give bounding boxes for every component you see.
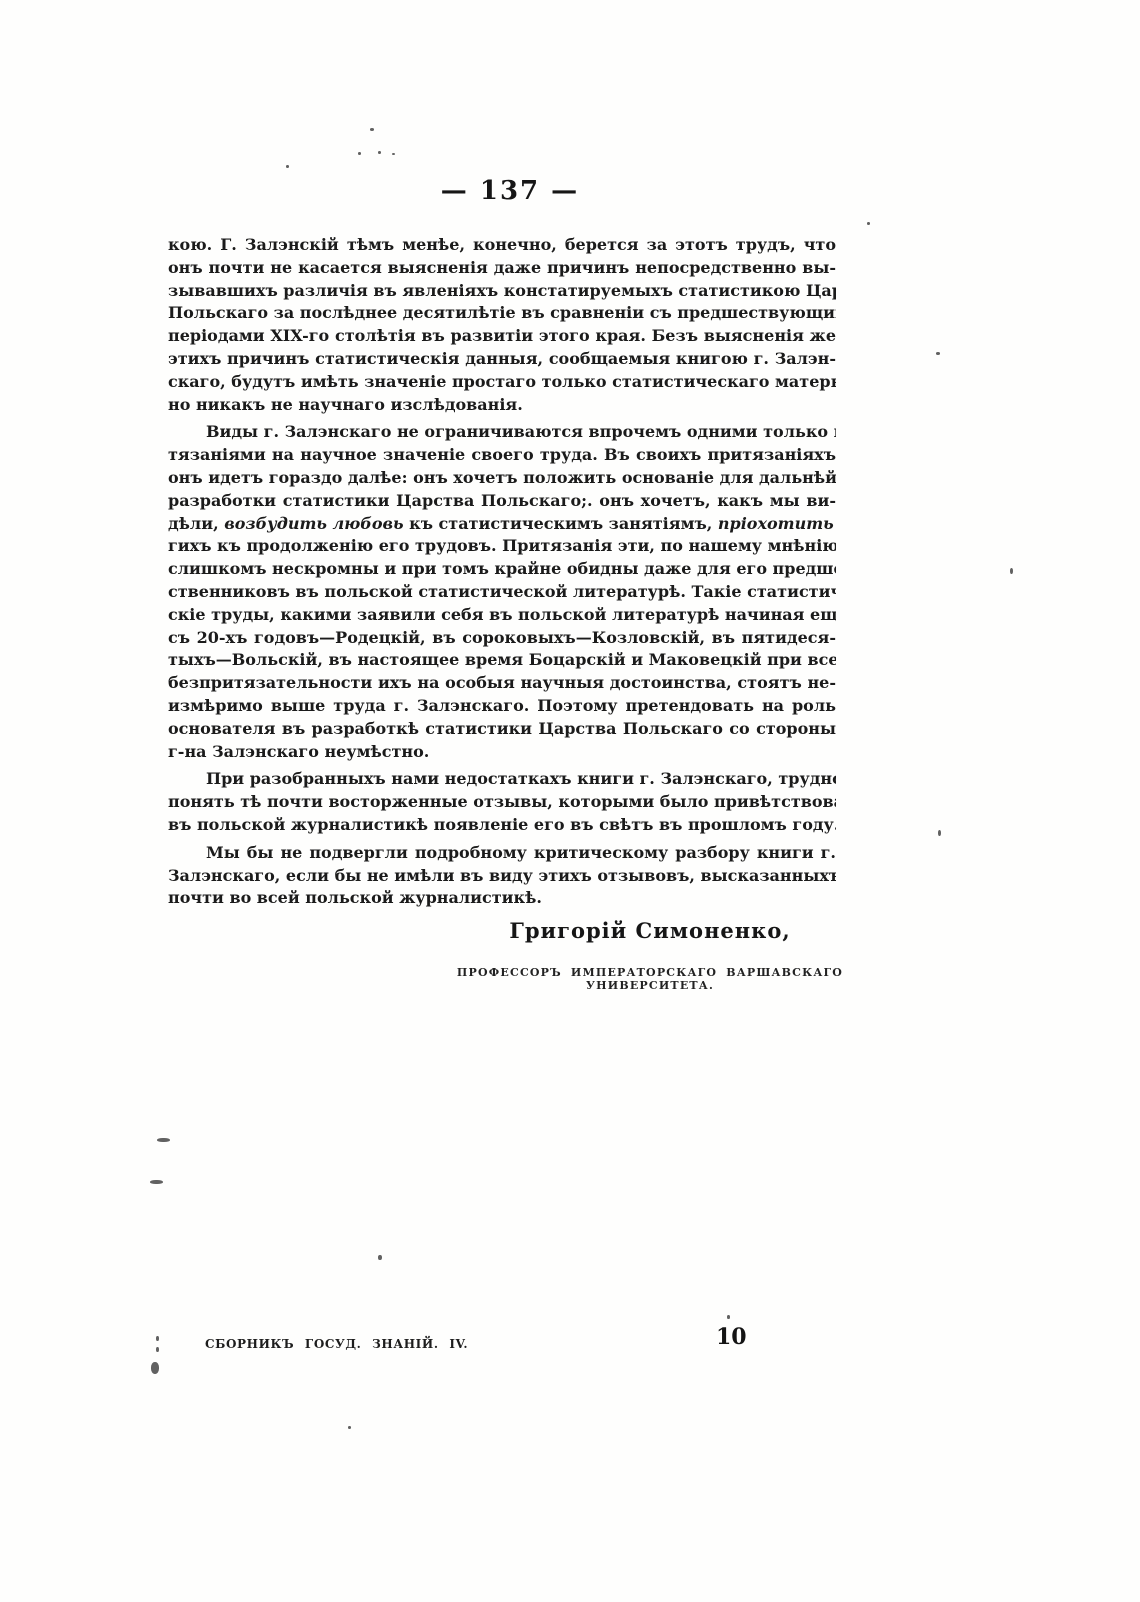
text-line: Залэнскаго, если бы не имѣли въ виду эти…: [168, 865, 836, 888]
text-line: слишкомъ нескромны и при томъ крайне оби…: [168, 558, 836, 581]
text-line: тязаніями на научное значеніе своего тру…: [168, 444, 836, 467]
paragraph: При разобранныхъ нами недостаткахъ книги…: [168, 768, 836, 836]
text-line: кою. Г. Залэнскій тѣмъ менѣе, конечно, б…: [168, 234, 836, 257]
text-line: При разобранныхъ нами недостаткахъ книги…: [168, 768, 836, 791]
scan-artifact: [157, 1138, 170, 1142]
scan-artifact: [392, 153, 395, 155]
text-line: періодами XIX-го столѣтія въ развитіи эт…: [168, 325, 836, 348]
text-line: гихъ къ продолженію его трудовъ. Притяза…: [168, 535, 836, 558]
scan-artifact: [936, 352, 940, 355]
scan-artifact: [358, 152, 361, 155]
scan-artifact: [1010, 568, 1013, 574]
text-line: понять тѣ почти восторженные отзывы, кот…: [168, 791, 836, 814]
scan-artifact: [156, 1347, 159, 1352]
text-line: этихъ причинъ статистическія данныя, соо…: [168, 348, 836, 371]
text-line: но никакъ не научнаго изслѣдованія.: [168, 394, 836, 417]
text-line: тыхъ—Вольскій, въ настоящее время Боцарс…: [168, 649, 836, 672]
scan-artifact: [378, 151, 381, 154]
text-line: безпритязательности ихъ на особыя научны…: [168, 672, 836, 695]
scan-artifact: [938, 830, 941, 836]
text-line: основателя въ разработкѣ статистики Царс…: [168, 718, 836, 741]
text-line: Польскаго за послѣднее десятилѣтіе въ ср…: [168, 302, 836, 325]
paragraph: кою. Г. Залэнскій тѣмъ менѣе, конечно, б…: [168, 234, 836, 416]
text-line: скіе труды, какими заявили себя въ польс…: [168, 604, 836, 627]
scan-artifact: [286, 165, 289, 168]
scan-artifact: [378, 1255, 382, 1260]
text-line: г-на Залэнскаго неумѣстно.: [168, 741, 836, 764]
text-line: зывавшихъ различія въ явленіяхъ констати…: [168, 280, 836, 303]
scan-artifact: [348, 1426, 351, 1429]
scan-artifact: [370, 128, 374, 131]
scan-artifact: [156, 1336, 159, 1341]
text-line: въ польской журналистикѣ появленіе его в…: [168, 814, 836, 837]
text-line: дѣли, возбудить любовь къ статистическим…: [168, 513, 836, 536]
text-line: онъ почти не касается выясненія даже при…: [168, 257, 836, 280]
body-text: кою. Г. Залэнскій тѣмъ менѣе, конечно, б…: [168, 234, 836, 910]
signature-title: ПРОФЕССОРЪ ИМПЕРАТОРСКАГО ВАРШАВСКАГО УН…: [410, 966, 890, 992]
text-line: онъ идетъ гораздо далѣе: онъ хочетъ поло…: [168, 467, 836, 490]
footer-series-title: СБОРНИКЪ ГОСУД. ЗНАНІЙ. IV.: [205, 1337, 468, 1351]
scan-artifact: [150, 1180, 163, 1184]
text-line: ственниковъ въ польской статистической л…: [168, 581, 836, 604]
text-line: скаго, будутъ имѣть значеніе простаго то…: [168, 371, 836, 394]
paragraph: Виды г. Залэнскаго не ограничиваются впр…: [168, 421, 836, 763]
text-line: измѣримо выше труда г. Залэнскаго. Поэто…: [168, 695, 836, 718]
text-line: почти во всей польской журналистикѣ.: [168, 887, 836, 910]
text-line: Виды г. Залэнскаго не ограничиваются впр…: [168, 421, 836, 444]
signature-name: Григорій Симоненко,: [430, 918, 870, 943]
text-line: разработки статистики Царства Польскаго;…: [168, 490, 836, 513]
scan-artifact: [867, 222, 870, 225]
page-number-header: — 137 —: [176, 176, 844, 206]
text-line: съ 20-хъ годовъ—Родецкій, въ сороковыхъ—…: [168, 627, 836, 650]
scan-artifact: [151, 1362, 159, 1374]
scanned-page: — 137 — кою. Г. Залэнскій тѣмъ менѣе, ко…: [0, 0, 1140, 1602]
paragraph: Мы бы не подвергли подробному критическо…: [168, 842, 836, 910]
scan-artifact: [727, 1315, 730, 1319]
text-line: Мы бы не подвергли подробному критическо…: [168, 842, 836, 865]
footer-page-number: 10: [716, 1324, 747, 1350]
